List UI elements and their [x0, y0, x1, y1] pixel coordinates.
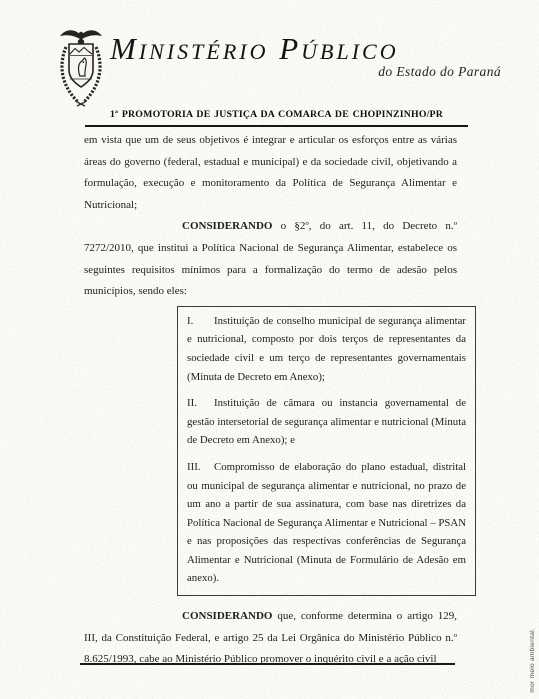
quote-item-2: II.Instituição de câmara ou instancia go…	[187, 394, 466, 450]
promotoria-header: 1ª PROMOTORIA DE JUSTIÇA DA COMARCA DE C…	[85, 109, 468, 127]
quote-item-3: III.Compromisso de elaboração do plano e…	[187, 458, 466, 588]
considerando-lead: CONSIDERANDO	[182, 220, 272, 232]
item-text: Instituição de conselho municipal de seg…	[187, 315, 466, 383]
item-numeral: II.	[187, 394, 214, 413]
org-title: Ministério Público	[110, 31, 520, 67]
org-subtitle: do Estado do Paraná	[378, 64, 501, 80]
item-text: Compromisso de elaboração do plano estad…	[187, 461, 466, 585]
requisitos-quote-box: I.Instituição de conselho municipal de s…	[177, 306, 476, 596]
document-body: em vista que um de seus objetivos é inte…	[84, 130, 457, 671]
side-margin-note: mor meio ambiental.	[529, 628, 536, 693]
paragraph-objetivos: em vista que um de seus objetivos é inte…	[84, 130, 457, 216]
footer-divider	[80, 663, 455, 665]
considerando-lead: CONSIDERANDO	[182, 610, 272, 622]
item-numeral: I.	[187, 312, 214, 331]
paragraph-considerando-decreto: CONSIDERANDO o §2º, do art. 11, do Decre…	[84, 216, 457, 302]
item-numeral: III.	[187, 458, 214, 477]
item-text: Instituição de câmara ou instancia gover…	[187, 397, 466, 446]
paragraph-considerando-cf: CONSIDERANDO que, conforme determina o a…	[84, 606, 457, 671]
parana-coat-of-arms-icon	[57, 26, 105, 110]
quote-item-1: I.Instituição de conselho municipal de s…	[187, 312, 466, 386]
scanned-document-page: Ministério Público do Estado do Paraná 1…	[0, 0, 539, 699]
